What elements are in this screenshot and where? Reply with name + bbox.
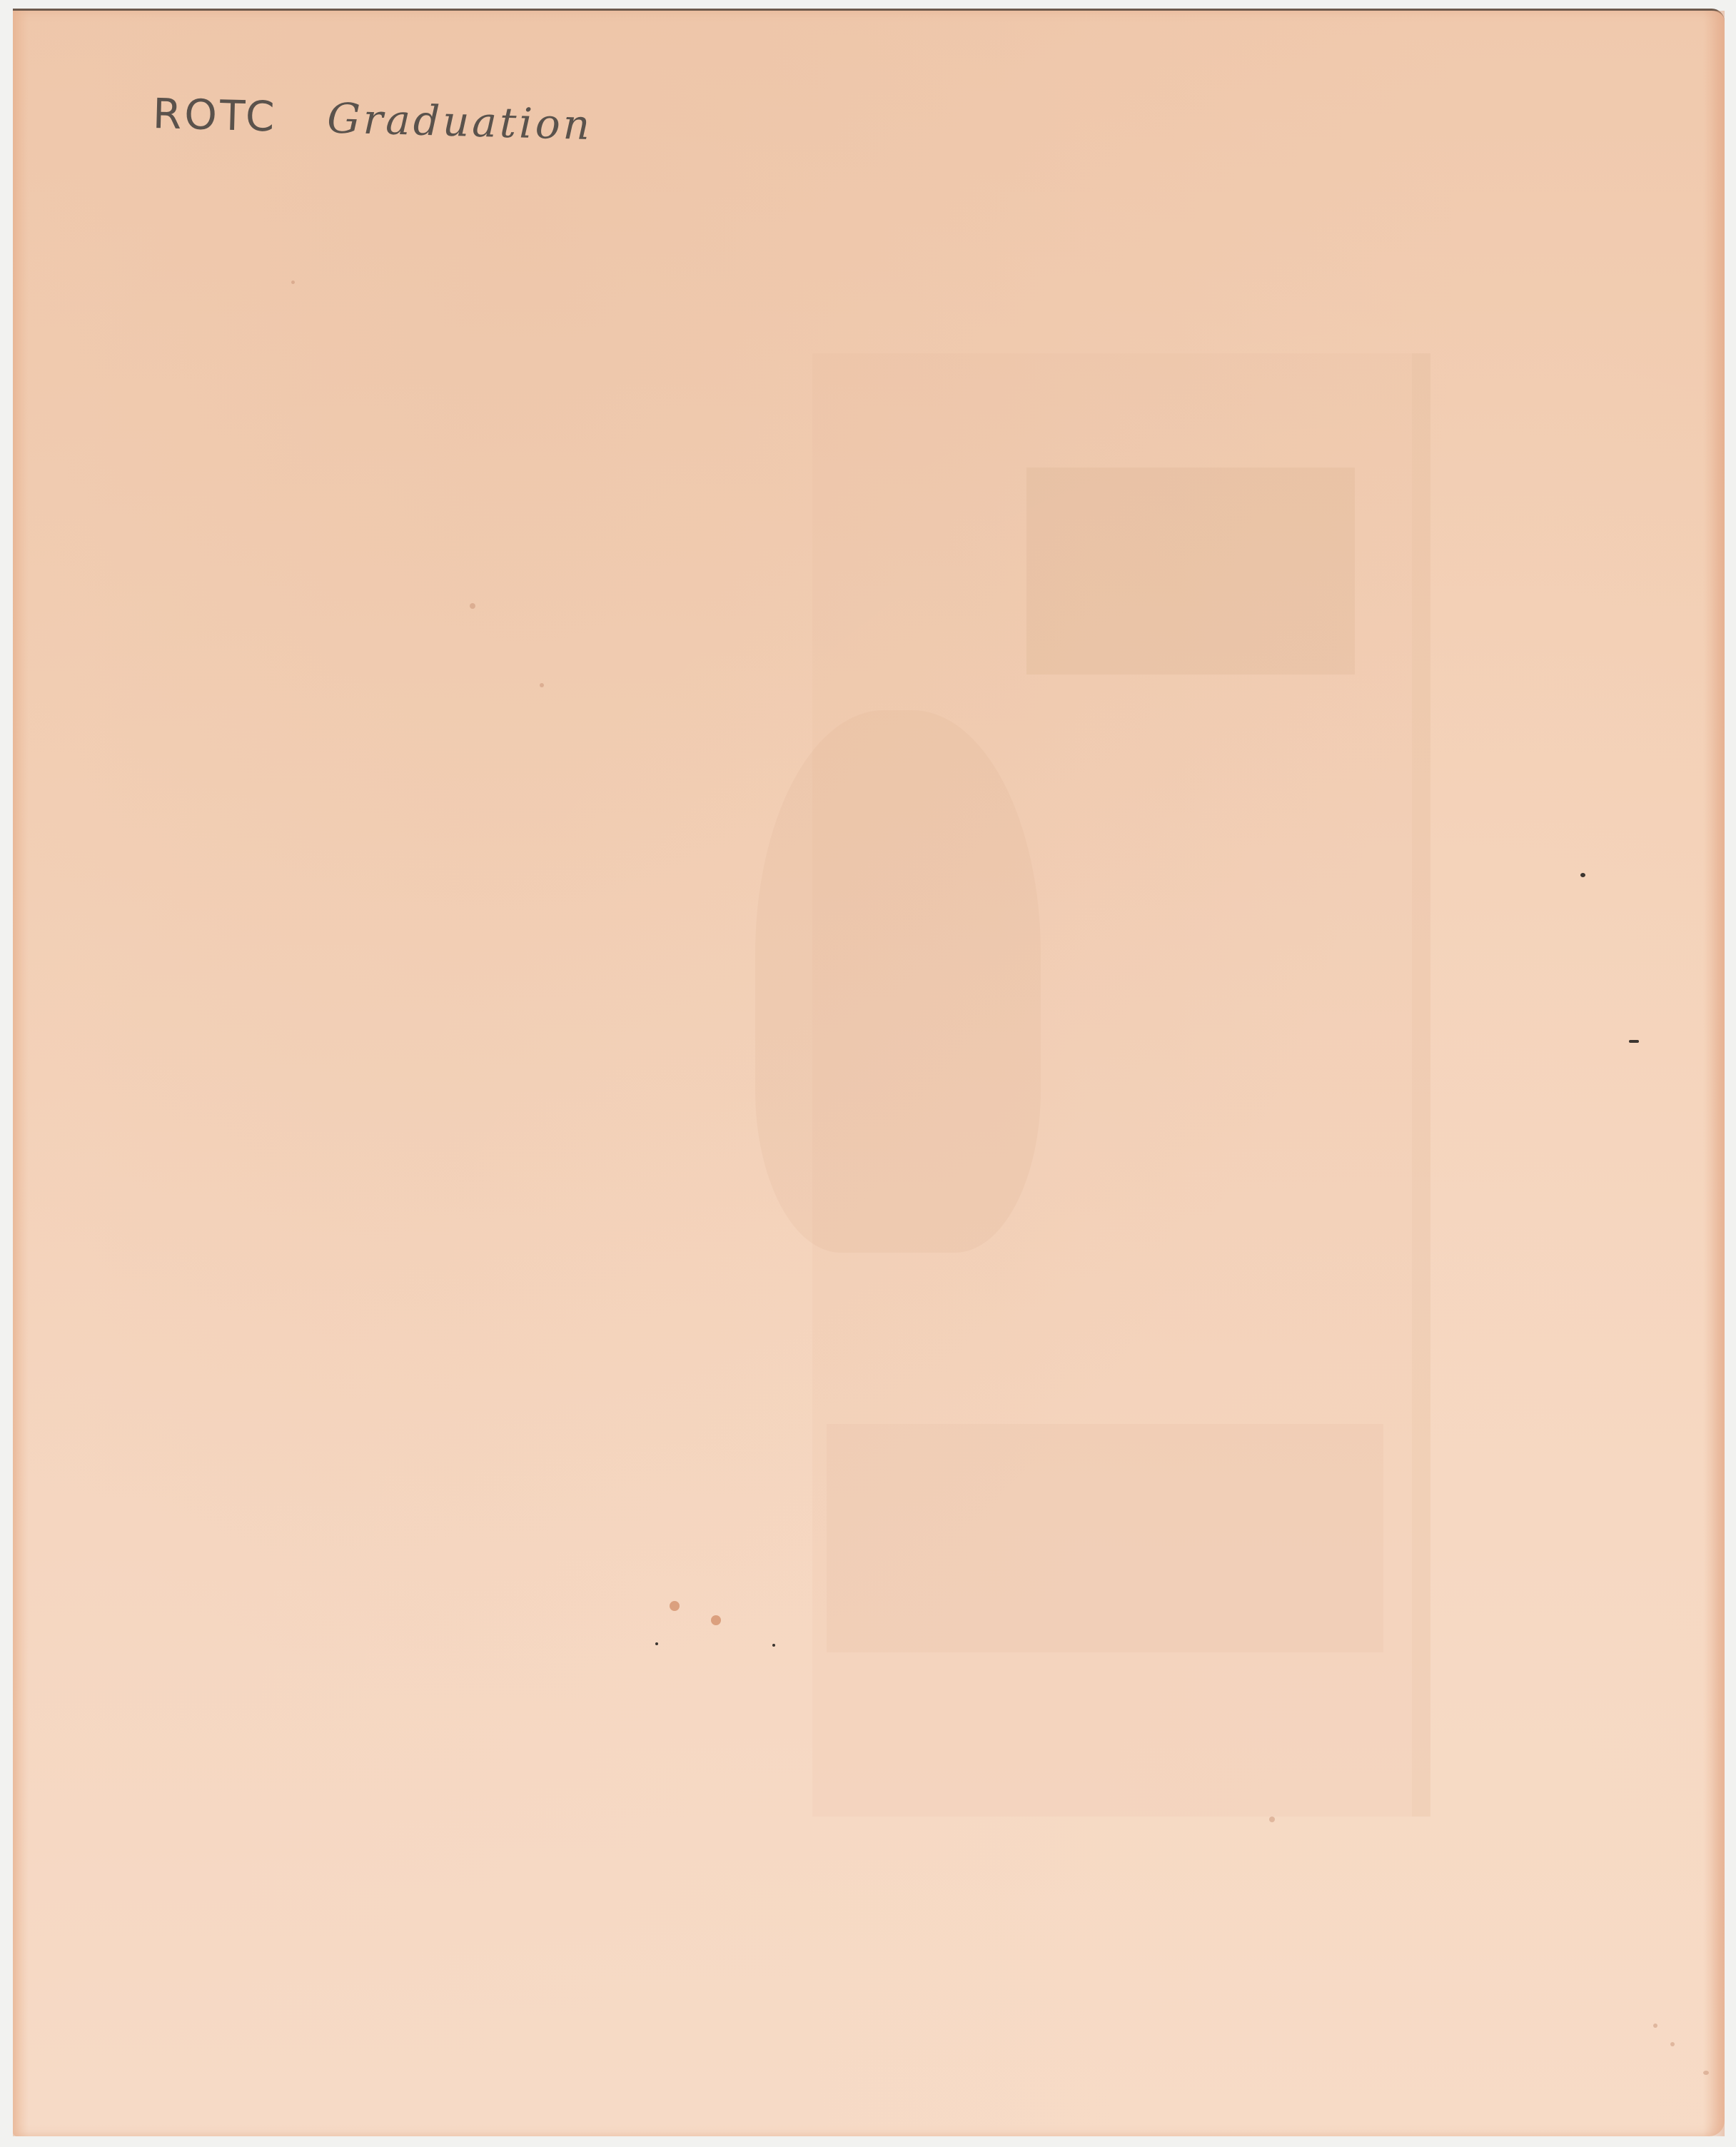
scan-background: ROTCGraduation (0, 0, 1736, 2147)
annotation-word-rotc: ROTC (152, 89, 278, 141)
paper-left-edge (13, 11, 29, 2136)
annotation-word-graduation: Graduation (327, 94, 593, 149)
blemish (1670, 2042, 1675, 2046)
blemish (1580, 873, 1585, 877)
blemish (655, 1642, 658, 1645)
show-through-frame (812, 353, 1430, 1817)
show-through-lower (827, 1424, 1383, 1652)
blemish (1653, 2024, 1657, 2028)
blemish (470, 603, 475, 609)
blemish (772, 1644, 775, 1647)
blemish (540, 683, 544, 687)
show-through-figure (755, 710, 1041, 1253)
handwritten-annotation: ROTCGraduation (152, 89, 593, 149)
blemish (1269, 1817, 1275, 1822)
paper-right-edge (1703, 11, 1725, 2136)
photo-back-paper: ROTCGraduation (13, 9, 1725, 2136)
blemish (670, 1601, 680, 1611)
blemish (711, 1615, 721, 1625)
blemish (291, 281, 295, 284)
blemish (1629, 1040, 1639, 1043)
show-through-block (1026, 468, 1355, 675)
